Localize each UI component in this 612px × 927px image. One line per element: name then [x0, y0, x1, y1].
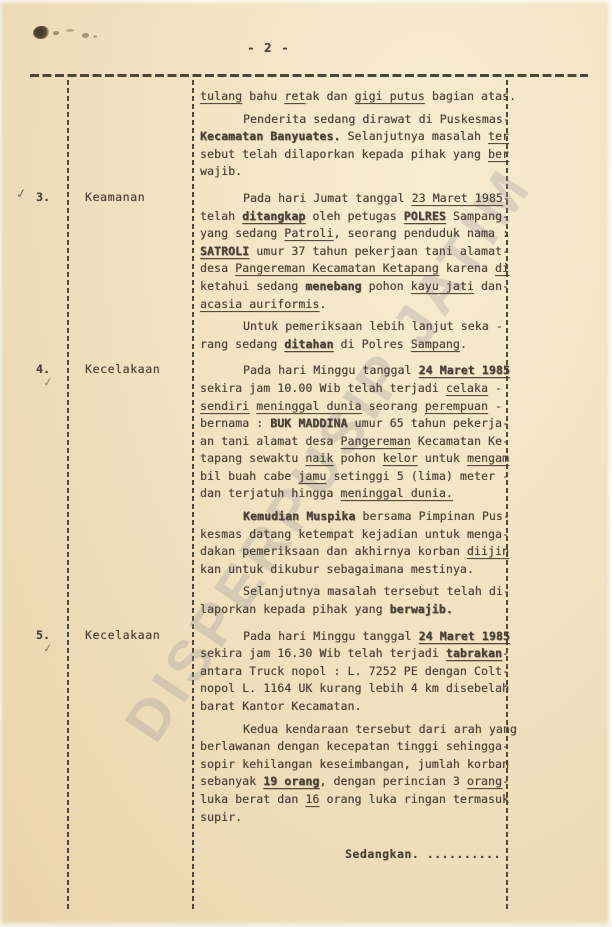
text-segment: Pada hari Minggu tanggal [243, 629, 419, 643]
text-segment: , seorang penduduk nama : [333, 226, 509, 240]
text-segment: 23 Maret 1985 [412, 191, 503, 205]
text-segment: yang sedang [200, 226, 284, 240]
text-segment: gigi putus [355, 89, 425, 103]
paragraph: Kemudian Muspika bersama Pimpinan Pus-ke… [200, 508, 513, 578]
text-line: Untuk pemeriksaan lebih lanjut seka - [200, 318, 513, 336]
text-segment: sendiri [200, 399, 249, 413]
text-segment: dan- [474, 279, 509, 293]
text-segment: 16 [305, 792, 319, 806]
text-segment: Pangereman Kecamatan Ketapang [235, 261, 439, 275]
text-line: berlawanan dengan kecepatan tinggi sehin… [200, 738, 513, 756]
text-segment: perempuan [425, 399, 488, 413]
paragraph: Selanjutnya masalah tersebut telah di-la… [200, 583, 513, 618]
text-segment: celaka [446, 381, 488, 395]
item-category-cell: Keamanan [68, 190, 193, 353]
text-line: telah ditangkap oleh petugas POLRES Samp… [200, 208, 513, 226]
paragraph: Kedua kendaraan tersebut dari arah yangb… [200, 721, 513, 827]
text-segment: sekira jam 10.00 Wib telah terjadi [200, 381, 446, 395]
text-line: Kecamatan Banyuates. Selanjutnya masalah… [200, 128, 513, 146]
text-segment: pohon [362, 279, 411, 293]
text-segment: kesmas datang ketempat kejadian untuk me… [200, 527, 509, 541]
text-line: desa Pangereman Kecamatan Ketapang karen… [200, 260, 513, 278]
text-line: acasia auriformis. [200, 296, 513, 314]
text-line: sopir kehilangan keseimbangan, jumlah ko… [200, 756, 513, 774]
text-line: sebut telah dilaporkan kepada pihak yang… [200, 146, 513, 164]
text-line: sekira jam 16.30 Wib telah terjadi tabra… [200, 645, 513, 663]
text-segment: Kedua kendaraan tersebut dari arah yang [243, 722, 517, 736]
table-top-dashed-rule [30, 74, 588, 77]
item-category-label: Kecelakaan [85, 628, 160, 642]
text-line: Kedua kendaraan tersebut dari arah yang [200, 721, 513, 739]
text-line: rang sedang ditahan di Polres Sampang. [200, 336, 513, 354]
text-segment: Pada hari Minggu tanggal [243, 363, 419, 377]
item-number-cell [30, 88, 68, 181]
text-segment: kan untuk dikubur sebagaimana mestinya. [200, 562, 474, 576]
text-segment: Sampang- [446, 209, 509, 223]
text-segment: bahu [242, 89, 284, 103]
ink-dot [82, 33, 89, 38]
text-line: tapang sewaktu naik pohon kelor untuk me… [200, 450, 513, 468]
item-number: 3. [36, 190, 50, 204]
checkmark-icon: ✓ [42, 640, 54, 656]
text-line: sendiri meninggal dunia seorang perempua… [200, 398, 513, 416]
item-body-cell: tulang bahu retak dan gigi putus bagian … [193, 88, 513, 181]
table-row: 5.✓KecelakaanPada hari Minggu tanggal 24… [0, 628, 612, 827]
text-segment: Patroli [284, 226, 333, 240]
text-segment: - [488, 399, 502, 413]
text-segment: dan terjatuh hingga [200, 486, 340, 500]
table-row: tulang bahu retak dan gigi putus bagian … [0, 88, 612, 181]
text-line: dakan pemeriksaan dan akhirnya korban di… [200, 543, 513, 561]
text-line: Pada hari Minggu tanggal 24 Maret 1985 [200, 362, 513, 380]
checkmark-icon: ✓ [15, 186, 28, 202]
text-line: an tani alamat desa Pangereman Kecamatan… [200, 433, 513, 451]
text-segment: orang luka ringan termasuk [319, 792, 509, 806]
text-segment: pohon [333, 451, 382, 465]
text-segment: desa [200, 261, 235, 275]
text-segment: kelor [383, 451, 418, 465]
ink-dot [66, 29, 74, 32]
text-segment: Kecamatan Ke- [411, 434, 509, 448]
text-segment: ditahan [284, 337, 333, 351]
text-segment: dakan pemeriksaan dan akhirnya korban [200, 544, 467, 558]
scan-edge [0, 0, 612, 5]
text-segment: tulang [200, 89, 242, 103]
text-segment: untuk [418, 451, 467, 465]
text-segment: wajib. [200, 164, 242, 178]
text-segment: bagian atas. [425, 89, 516, 103]
text-line: dan terjatuh hingga meninggal dunia. [200, 485, 513, 503]
text-segment: sebut telah dilaporkan kepada pihak yang [200, 147, 488, 161]
text-line: tulang bahu retak dan gigi putus bagian … [200, 88, 513, 106]
item-number: 5. [36, 628, 50, 642]
text-segment: orang [467, 774, 502, 788]
text-segment: acasia auriformis [200, 297, 319, 311]
text-segment: bernama : [200, 416, 270, 430]
ink-dot [93, 35, 97, 38]
text-segment: jamu [298, 469, 326, 483]
item-body-cell: Pada hari Jumat tanggal 23 Maret 1985-te… [193, 190, 513, 353]
text-segment: berlawanan dengan kecepatan tinggi sehin… [200, 739, 509, 753]
page-number: - 2 - [247, 40, 290, 55]
text-line: barat Kantor Kecamatan. [200, 698, 513, 716]
text-segment: karena [439, 261, 495, 275]
text-segment: berwajib. [390, 602, 453, 616]
table-row: 4.✓KecelakaanPada hari Minggu tanggal 24… [0, 362, 612, 618]
text-segment: 24 Maret 1985 [419, 629, 510, 643]
text-segment: an tani alamat desa [200, 434, 340, 448]
text-line: laporkan kepada pihak yang berwajib. [200, 601, 513, 619]
item-number-cell: 5.✓ [30, 628, 68, 827]
text-segment: nopol L. 1164 UK kurang lebih 4 km diseb… [200, 681, 509, 695]
text-segment: sekira jam 16.30 Wib telah terjadi [200, 646, 446, 660]
text-segment: tabrakan [446, 646, 502, 660]
text-segment: setinggi 5 (lima) meter - [326, 469, 509, 483]
paragraph: tulang bahu retak dan gigi putus bagian … [200, 88, 513, 106]
text-segment: seorang [362, 399, 425, 413]
item-category-label: Keamanan [85, 190, 145, 204]
text-segment: Untuk pemeriksaan lebih lanjut seka - [243, 319, 503, 333]
text-segment: di Polres [333, 337, 410, 351]
text-segment: . [460, 337, 467, 351]
text-segment: rang sedang [200, 337, 284, 351]
text-line: wajib. [200, 163, 513, 181]
text-segment: meninggal dunia [256, 399, 361, 413]
text-segment: - [503, 191, 510, 205]
item-category-cell: Kecelakaan [68, 628, 193, 827]
ink-smudge [33, 26, 49, 39]
text-line: Pada hari Minggu tanggal 24 Maret 1985 [200, 628, 513, 646]
text-line: Pada hari Jumat tanggal 23 Maret 1985- [200, 190, 513, 208]
text-segment: 24 Maret 1985 [419, 363, 510, 377]
item-body-cell: Pada hari Minggu tanggal 24 Maret 1985se… [193, 362, 513, 618]
text-segment: tapang sewaktu [200, 451, 305, 465]
text-segment: naik [305, 451, 333, 465]
text-segment: ketahui sedang [200, 279, 305, 293]
item-category-cell [68, 88, 193, 181]
text-segment: - [502, 646, 509, 660]
report-table: tulang bahu retak dan gigi putus bagian … [0, 88, 612, 835]
text-segment: Kemudian Muspika [243, 509, 355, 523]
text-line: yang sedang Patroli, seorang penduduk na… [200, 225, 513, 243]
continuation-note: Sedangkan. .......... [345, 847, 501, 861]
text-line: Selanjutnya masalah tersebut telah di- [200, 583, 513, 601]
text-line: bernama : BUK MADDINA umur 65 tahun peke… [200, 415, 513, 433]
text-line: nopol L. 1164 UK kurang lebih 4 km diseb… [200, 680, 513, 698]
ink-dot [53, 31, 59, 35]
text-segment: telah [200, 209, 242, 223]
text-segment: ak dan [305, 89, 354, 103]
text-segment: umur 65 tahun pekerja- [348, 416, 510, 430]
text-line: kesmas datang ketempat kejadian untuk me… [200, 526, 513, 544]
text-segment: laporkan kepada pihak yang [200, 602, 390, 616]
text-segment: kayu jati [411, 279, 474, 293]
text-segment: POLRES [404, 209, 446, 223]
text-segment: ter [488, 129, 509, 143]
text-segment: Pada hari Jumat tanggal [243, 191, 412, 205]
paragraph: Pada hari Jumat tanggal 23 Maret 1985-te… [200, 190, 513, 313]
text-segment: sebanyak [200, 774, 263, 788]
text-segment: menebang [305, 279, 361, 293]
text-segment: umur 37 tahun pekerjaan tani alamat- [249, 244, 509, 258]
text-segment: ret [284, 89, 305, 103]
paragraph: Pada hari Minggu tanggal 24 Maret 1985se… [200, 628, 513, 716]
text-segment: ditangkap [242, 209, 305, 223]
item-body-cell: Pada hari Minggu tanggal 24 Maret 1985se… [193, 628, 513, 827]
paragraph: Penderita sedang dirawat di Puskesmas-Ke… [200, 111, 513, 181]
item-category-label: Kecelakaan [85, 362, 160, 376]
paragraph: Pada hari Minggu tanggal 24 Maret 1985se… [200, 362, 513, 503]
text-line: sebanyak 19 orang, dengan perincian 3 or… [200, 773, 513, 791]
text-line: supir. [200, 809, 513, 827]
checkmark-icon: ✓ [42, 375, 54, 391]
text-segment: SATROLI [200, 244, 249, 258]
text-line: luka berat dan 16 orang luka ringan term… [200, 791, 513, 809]
text-segment: Selanjutnya masalah tersebut telah di- [243, 584, 510, 598]
text-segment: diijin [467, 544, 509, 558]
text-segment: mengam [467, 451, 509, 465]
text-line: kan untuk dikubur sebagaimana mestinya. [200, 561, 513, 579]
text-segment: . [319, 297, 326, 311]
text-segment: 19 orang [263, 774, 319, 788]
text-segment: - [502, 774, 509, 788]
text-segment: Pangereman [340, 434, 410, 448]
text-segment: meninggal dunia. [340, 486, 452, 500]
paragraph: Untuk pemeriksaan lebih lanjut seka -ran… [200, 318, 513, 353]
text-line: Penderita sedang dirawat di Puskesmas- [200, 111, 513, 129]
item-number-cell: ✓3. [30, 190, 68, 353]
text-segment: BUK MADDINA [270, 416, 347, 430]
text-segment: , dengan perincian 3 [319, 774, 467, 788]
text-segment: bersama Pimpinan Pus- [355, 509, 510, 523]
text-line: SATROLI umur 37 tahun pekerjaan tani ala… [200, 243, 513, 261]
text-line: sekira jam 10.00 Wib telah terjadi celak… [200, 380, 513, 398]
text-line: antara Truck nopol : L. 7252 PE dengan C… [200, 663, 513, 681]
text-segment: di [495, 261, 509, 275]
scanned-document-page: - 2 - DISPERPUSIP JATIM tulang bahu reta… [0, 0, 612, 927]
text-segment: barat Kantor Kecamatan. [200, 699, 362, 713]
item-category-cell: Kecelakaan [68, 362, 193, 618]
text-segment: oleh petugas [305, 209, 403, 223]
text-segment: bil buah cabe [200, 469, 298, 483]
text-segment: Sampang [411, 337, 460, 351]
item-number-cell: 4.✓ [30, 362, 68, 618]
text-line: bil buah cabe jamu setinggi 5 (lima) met… [200, 468, 513, 486]
text-line: Kemudian Muspika bersama Pimpinan Pus- [200, 508, 513, 526]
text-segment: - [488, 381, 502, 395]
text-segment: Selanjutnya masalah [341, 129, 489, 143]
scan-edge [0, 920, 612, 927]
text-segment: luka berat dan [200, 792, 305, 806]
text-segment: antara Truck nopol : L. 7252 PE dengan C… [200, 664, 509, 678]
text-segment: Penderita sedang dirawat di Puskesmas- [243, 112, 510, 126]
text-line: ketahui sedang menebang pohon kayu jati … [200, 278, 513, 296]
text-segment: supir. [200, 810, 242, 824]
text-segment: Banyuates. [270, 129, 340, 143]
table-row: ✓3.KeamananPada hari Jumat tanggal 23 Ma… [0, 190, 612, 353]
text-segment: ber [488, 147, 509, 161]
text-segment: Kecamatan [200, 129, 270, 143]
text-segment: sopir kehilangan keseimbangan, jumlah ko… [200, 757, 509, 771]
